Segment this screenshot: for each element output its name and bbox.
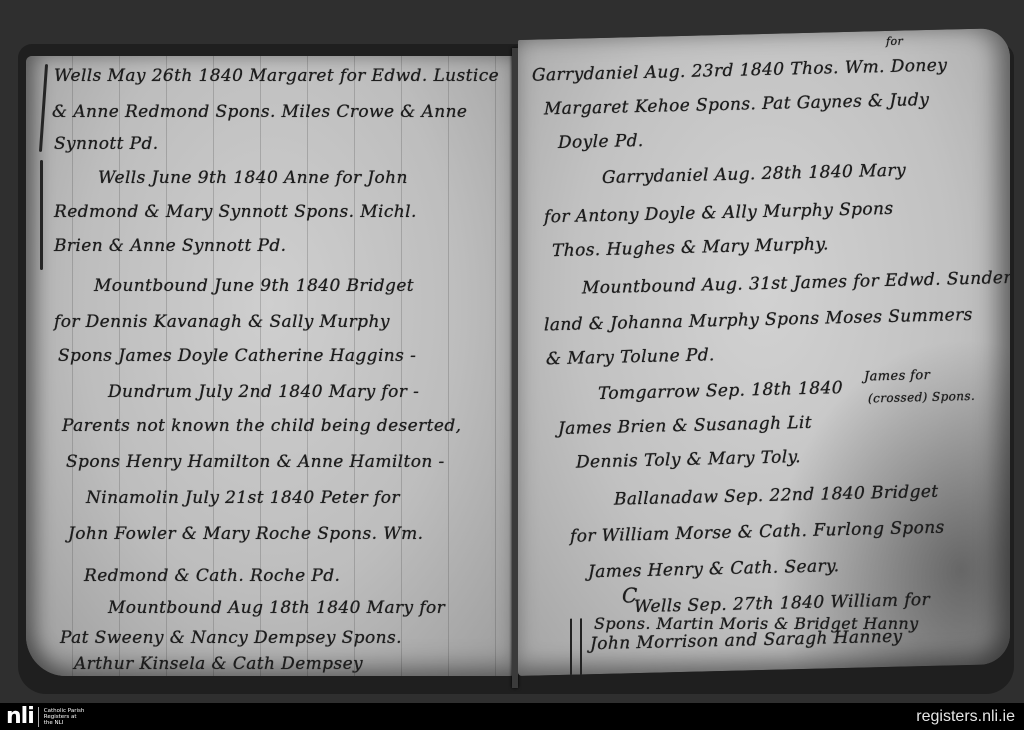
entry-line: & Anne Redmond Spons. Miles Crowe & Anne	[52, 102, 467, 122]
nli-logo[interactable]: nli Catholic Parish Registers at the NLI	[6, 703, 84, 730]
entry-line: Tomgarrow Sep. 18th 1840	[598, 378, 843, 404]
entry-line: Wells May 26th 1840 Margaret for Edwd. L…	[54, 66, 499, 86]
logo-caption-line: the NLI	[44, 720, 64, 726]
entry-line: Spons Henry Hamilton & Anne Hamilton -	[66, 452, 445, 472]
entry-line: Ballanadaw Sep. 22nd 1840 Bridget	[614, 482, 939, 510]
superscript-note: for	[886, 35, 903, 48]
entry-line: land & Johanna Murphy Spons Moses Summer…	[544, 305, 973, 335]
entry-line: for Antony Doyle & Ally Murphy Spons	[544, 199, 894, 228]
footer-bar: nli Catholic Parish Registers at the NLI…	[0, 703, 1024, 730]
entry-line: Spons. Martin Moris & Bridget Hanny	[594, 614, 919, 633]
entry-line: Mountbound Aug. 31st James for Edwd. Sun…	[582, 268, 1010, 299]
side-note: (crossed) Spons.	[868, 389, 975, 406]
margin-bracket-mark	[40, 160, 43, 270]
side-note: James for	[864, 368, 930, 385]
logo-caption: Catholic Parish Registers at the NLI	[44, 708, 85, 726]
entry-line: Brien & Anne Synnott Pd.	[54, 236, 286, 256]
document-viewer[interactable]: Wells May 26th 1840 Margaret for Edwd. L…	[0, 0, 1024, 703]
entry-line: Dennis Toly & Mary Toly.	[576, 447, 801, 473]
entry-line: Garrydaniel Aug. 28th 1840 Mary	[602, 161, 906, 188]
entry-line: Pat Sweeny & Nancy Dempsey Spons.	[60, 628, 402, 648]
entry-line: Thos. Hughes & Mary Murphy.	[552, 234, 829, 261]
entry-line: Redmond & Mary Synnott Spons. Michl.	[54, 202, 417, 222]
left-page: Wells May 26th 1840 Margaret for Edwd. L…	[26, 56, 514, 676]
entry-line: Mountbound Aug 18th 1840 Mary for	[108, 598, 445, 618]
nli-logo-mark: nli	[6, 706, 34, 728]
entry-line: Redmond & Cath. Roche Pd.	[84, 566, 340, 586]
site-url-link[interactable]: registers.nli.ie	[916, 708, 1015, 726]
entry-line: for Dennis Kavanagh & Sally Murphy	[54, 312, 390, 332]
margin-bracket-mark	[39, 64, 48, 152]
entry-line: Arthur Kinsela & Cath Dempsey	[74, 654, 363, 674]
entry-line: Doyle Pd.	[558, 131, 644, 153]
entry-line: Ninamolin July 21st 1840 Peter for	[86, 488, 400, 508]
margin-double-line	[570, 618, 582, 676]
entry-line: Garrydaniel Aug. 23rd 1840 Thos. Wm. Don…	[532, 56, 947, 86]
entry-line: Wells June 9th 1840 Anne for John	[98, 168, 408, 188]
entry-line: John Fowler & Mary Roche Spons. Wm.	[68, 524, 423, 544]
entry-line: Margaret Kehoe Spons. Pat Gaynes & Judy	[544, 90, 929, 119]
entry-line: for William Morse & Cath. Furlong Spons	[570, 518, 945, 547]
entry-line: Parents not known the child being desert…	[62, 416, 461, 436]
right-page: for Garrydaniel Aug. 23rd 1840 Thos. Wm.…	[518, 28, 1010, 676]
entry-line: Dundrum July 2nd 1840 Mary for -	[108, 382, 419, 402]
entry-line: Mountbound June 9th 1840 Bridget	[94, 276, 414, 296]
entry-line: Spons James Doyle Catherine Haggins -	[58, 346, 416, 366]
entry-line: Synnott Pd.	[54, 134, 159, 154]
logo-divider	[38, 707, 39, 727]
entry-line: James Henry & Cath. Seary.	[588, 556, 840, 582]
entry-line: James Brien & Susanagh Lit	[558, 413, 812, 439]
entry-line: & Mary Tolune Pd.	[546, 345, 715, 369]
